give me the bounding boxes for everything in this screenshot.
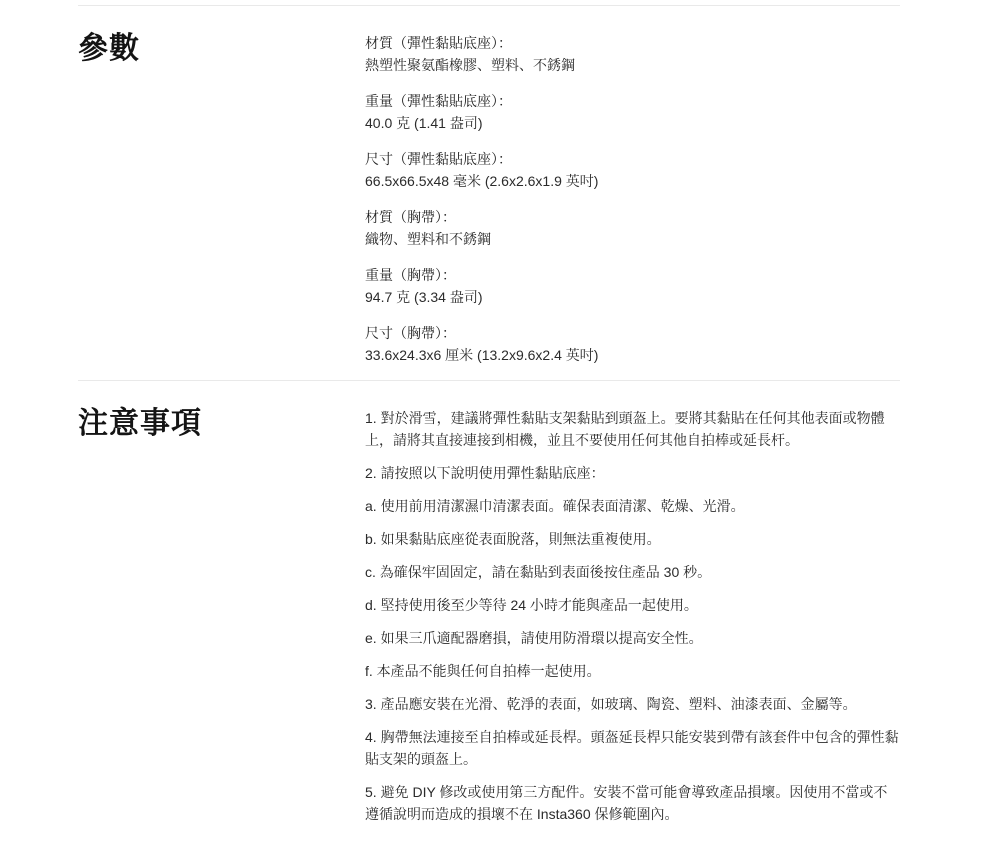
note-item-4: 4. 胸帶無法連接至自拍棒或延長桿。頭盔延長桿只能安裝到帶有該套件中包含的彈性黏… <box>365 726 900 770</box>
section-heading-notes: 注意事項 <box>78 407 365 441</box>
section-notes: 注意事項 1. 對於滑雪，建議將彈性黏貼支架黏貼到頭盔上。要將其黏貼在任何其他表… <box>78 380 900 825</box>
note-item-2e: e. 如果三爪適配器磨損，請使用防滑環以提高安全性。 <box>365 627 900 649</box>
note-item-2f: f. 本產品不能與任何自拍棒一起使用。 <box>365 660 900 682</box>
spec-group-dimensions-cheststrap: 尺寸（胸帶）： 33.6x24.3x6 厘米 (13.2x9.6x2.4 英吋) <box>365 322 900 366</box>
note-item-2: 2. 請按照以下說明使用彈性黏貼底座： <box>365 462 900 484</box>
note-item-1: 1. 對於滑雪，建議將彈性黏貼支架黏貼到頭盔上。要將其黏貼在任何其他表面或物體上… <box>365 407 900 451</box>
spec-label: 重量（彈性黏貼底座）： <box>365 90 900 112</box>
note-item-2b: b. 如果黏貼底座從表面脫落，則無法重複使用。 <box>365 528 900 550</box>
note-item-5: 5. 避免 DIY 修改或使用第三方配件。安裝不當可能會導致產品損壞。因使用不當… <box>365 781 900 825</box>
spec-value: 66.5x66.5x48 毫米 (2.6x2.6x1.9 英吋) <box>365 170 900 192</box>
spec-group-weight-cheststrap: 重量（胸帶）： 94.7 克 (3.34 盎司) <box>365 264 900 308</box>
note-item-2a: a. 使用前用清潔濕巾清潔表面。確保表面清潔、乾燥、光滑。 <box>365 495 900 517</box>
spec-value: 33.6x24.3x6 厘米 (13.2x9.6x2.4 英吋) <box>365 344 900 366</box>
parameters-content-column: 材質（彈性黏貼底座）： 熱塑性聚氨酯橡膠、塑料、不銹鋼 重量（彈性黏貼底座）： … <box>365 32 900 380</box>
spec-label: 尺寸（胸帶）： <box>365 322 900 344</box>
spec-group-dimensions-mount: 尺寸（彈性黏貼底座）： 66.5x66.5x48 毫米 (2.6x2.6x1.9… <box>365 148 900 192</box>
notes-content-column: 1. 對於滑雪，建議將彈性黏貼支架黏貼到頭盔上。要將其黏貼在任何其他表面或物體上… <box>365 407 900 825</box>
note-item-2c: c. 為確保牢固固定，請在黏貼到表面後按住產品 30 秒。 <box>365 561 900 583</box>
spec-label: 材質（胸帶）： <box>365 206 900 228</box>
note-item-3: 3. 產品應安裝在光滑、乾淨的表面，如玻璃、陶瓷、塑料、油漆表面、金屬等。 <box>365 693 900 715</box>
section-heading-parameters: 參數 <box>78 32 365 66</box>
spec-group-material-cheststrap: 材質（胸帶）： 織物、塑料和不銹鋼 <box>365 206 900 250</box>
spec-label: 重量（胸帶）： <box>365 264 900 286</box>
product-detail-page: 參數 材質（彈性黏貼底座）： 熱塑性聚氨酯橡膠、塑料、不銹鋼 重量（彈性黏貼底座… <box>78 0 900 825</box>
spec-value: 94.7 克 (3.34 盎司) <box>365 286 900 308</box>
spec-value: 織物、塑料和不銹鋼 <box>365 228 900 250</box>
section-parameters: 參數 材質（彈性黏貼底座）： 熱塑性聚氨酯橡膠、塑料、不銹鋼 重量（彈性黏貼底座… <box>78 5 900 380</box>
notes-heading-column: 注意事項 <box>78 407 365 825</box>
spec-group-weight-mount: 重量（彈性黏貼底座）： 40.0 克 (1.41 盎司) <box>365 90 900 134</box>
spec-label: 材質（彈性黏貼底座）： <box>365 32 900 54</box>
spec-value: 熱塑性聚氨酯橡膠、塑料、不銹鋼 <box>365 54 900 76</box>
spec-label: 尺寸（彈性黏貼底座）： <box>365 148 900 170</box>
parameters-heading-column: 參數 <box>78 32 365 380</box>
spec-group-material-mount: 材質（彈性黏貼底座）： 熱塑性聚氨酯橡膠、塑料、不銹鋼 <box>365 32 900 76</box>
spec-value: 40.0 克 (1.41 盎司) <box>365 112 900 134</box>
note-item-2d: d. 堅持使用後至少等待 24 小時才能與產品一起使用。 <box>365 594 900 616</box>
